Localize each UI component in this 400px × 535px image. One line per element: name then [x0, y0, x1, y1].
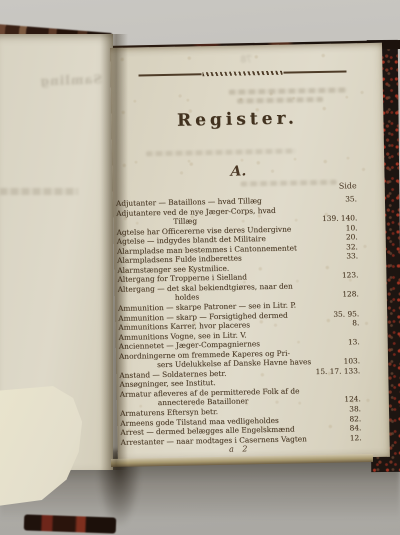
book-photo-scene: Samling 78 Register. A. Side Adjutanter …	[0, 0, 400, 535]
rule-twisted-segment	[202, 70, 282, 76]
entry-page-numbers: 8.	[348, 318, 359, 327]
entry-page-numbers: 15. 17. 133.	[311, 366, 360, 376]
bleedthrough-line	[229, 87, 347, 94]
entry-page-numbers: 32.	[342, 242, 358, 251]
entry-page-numbers: 128.	[338, 290, 359, 299]
entry-page-numbers: 35.	[341, 194, 357, 203]
page-number-column-header: Side	[113, 181, 357, 195]
page-title: Register.	[111, 107, 363, 132]
bleedthrough-line	[237, 97, 323, 104]
gutter-shadow	[100, 34, 128, 470]
marbled-cover-bottom-edge	[24, 514, 117, 533]
entry-page-numbers: 38.	[345, 404, 361, 413]
entry-page-numbers: 124.	[340, 395, 361, 404]
bleedthrough-line	[146, 148, 296, 156]
entry-page-numbers: 82.	[345, 414, 361, 423]
register-page: 78 Register. A. Side Adjutanter — Batail…	[110, 43, 390, 462]
entry-page-numbers: 139. 140.	[318, 213, 357, 223]
bleedthrough-page-number: 78	[110, 53, 382, 68]
section-letter: A.	[112, 161, 364, 182]
entry-page-numbers: 13.	[344, 337, 360, 346]
header-rule	[138, 68, 346, 77]
rule-left-segment	[139, 73, 202, 76]
rule-right-segment	[283, 70, 346, 73]
entry-page-numbers: 33.	[342, 252, 358, 261]
left-page-bleedthrough-smudge	[0, 188, 78, 195]
entry-page-numbers: 84.	[345, 423, 361, 432]
entry-page-numbers: 20.	[342, 232, 358, 241]
entry-page-numbers: 35. 95.	[329, 309, 359, 319]
register-entries: Adjutanter — Bataillons — hvad Tillæg35.…	[116, 194, 362, 447]
entry-page-numbers: 12.	[346, 433, 362, 442]
entry-page-numbers: 103.	[340, 357, 361, 366]
entry-page-numbers: 123.	[338, 271, 359, 280]
entry-page-numbers: 10.	[342, 223, 358, 232]
left-page-bleedthrough-text: Samling	[2, 72, 102, 89]
